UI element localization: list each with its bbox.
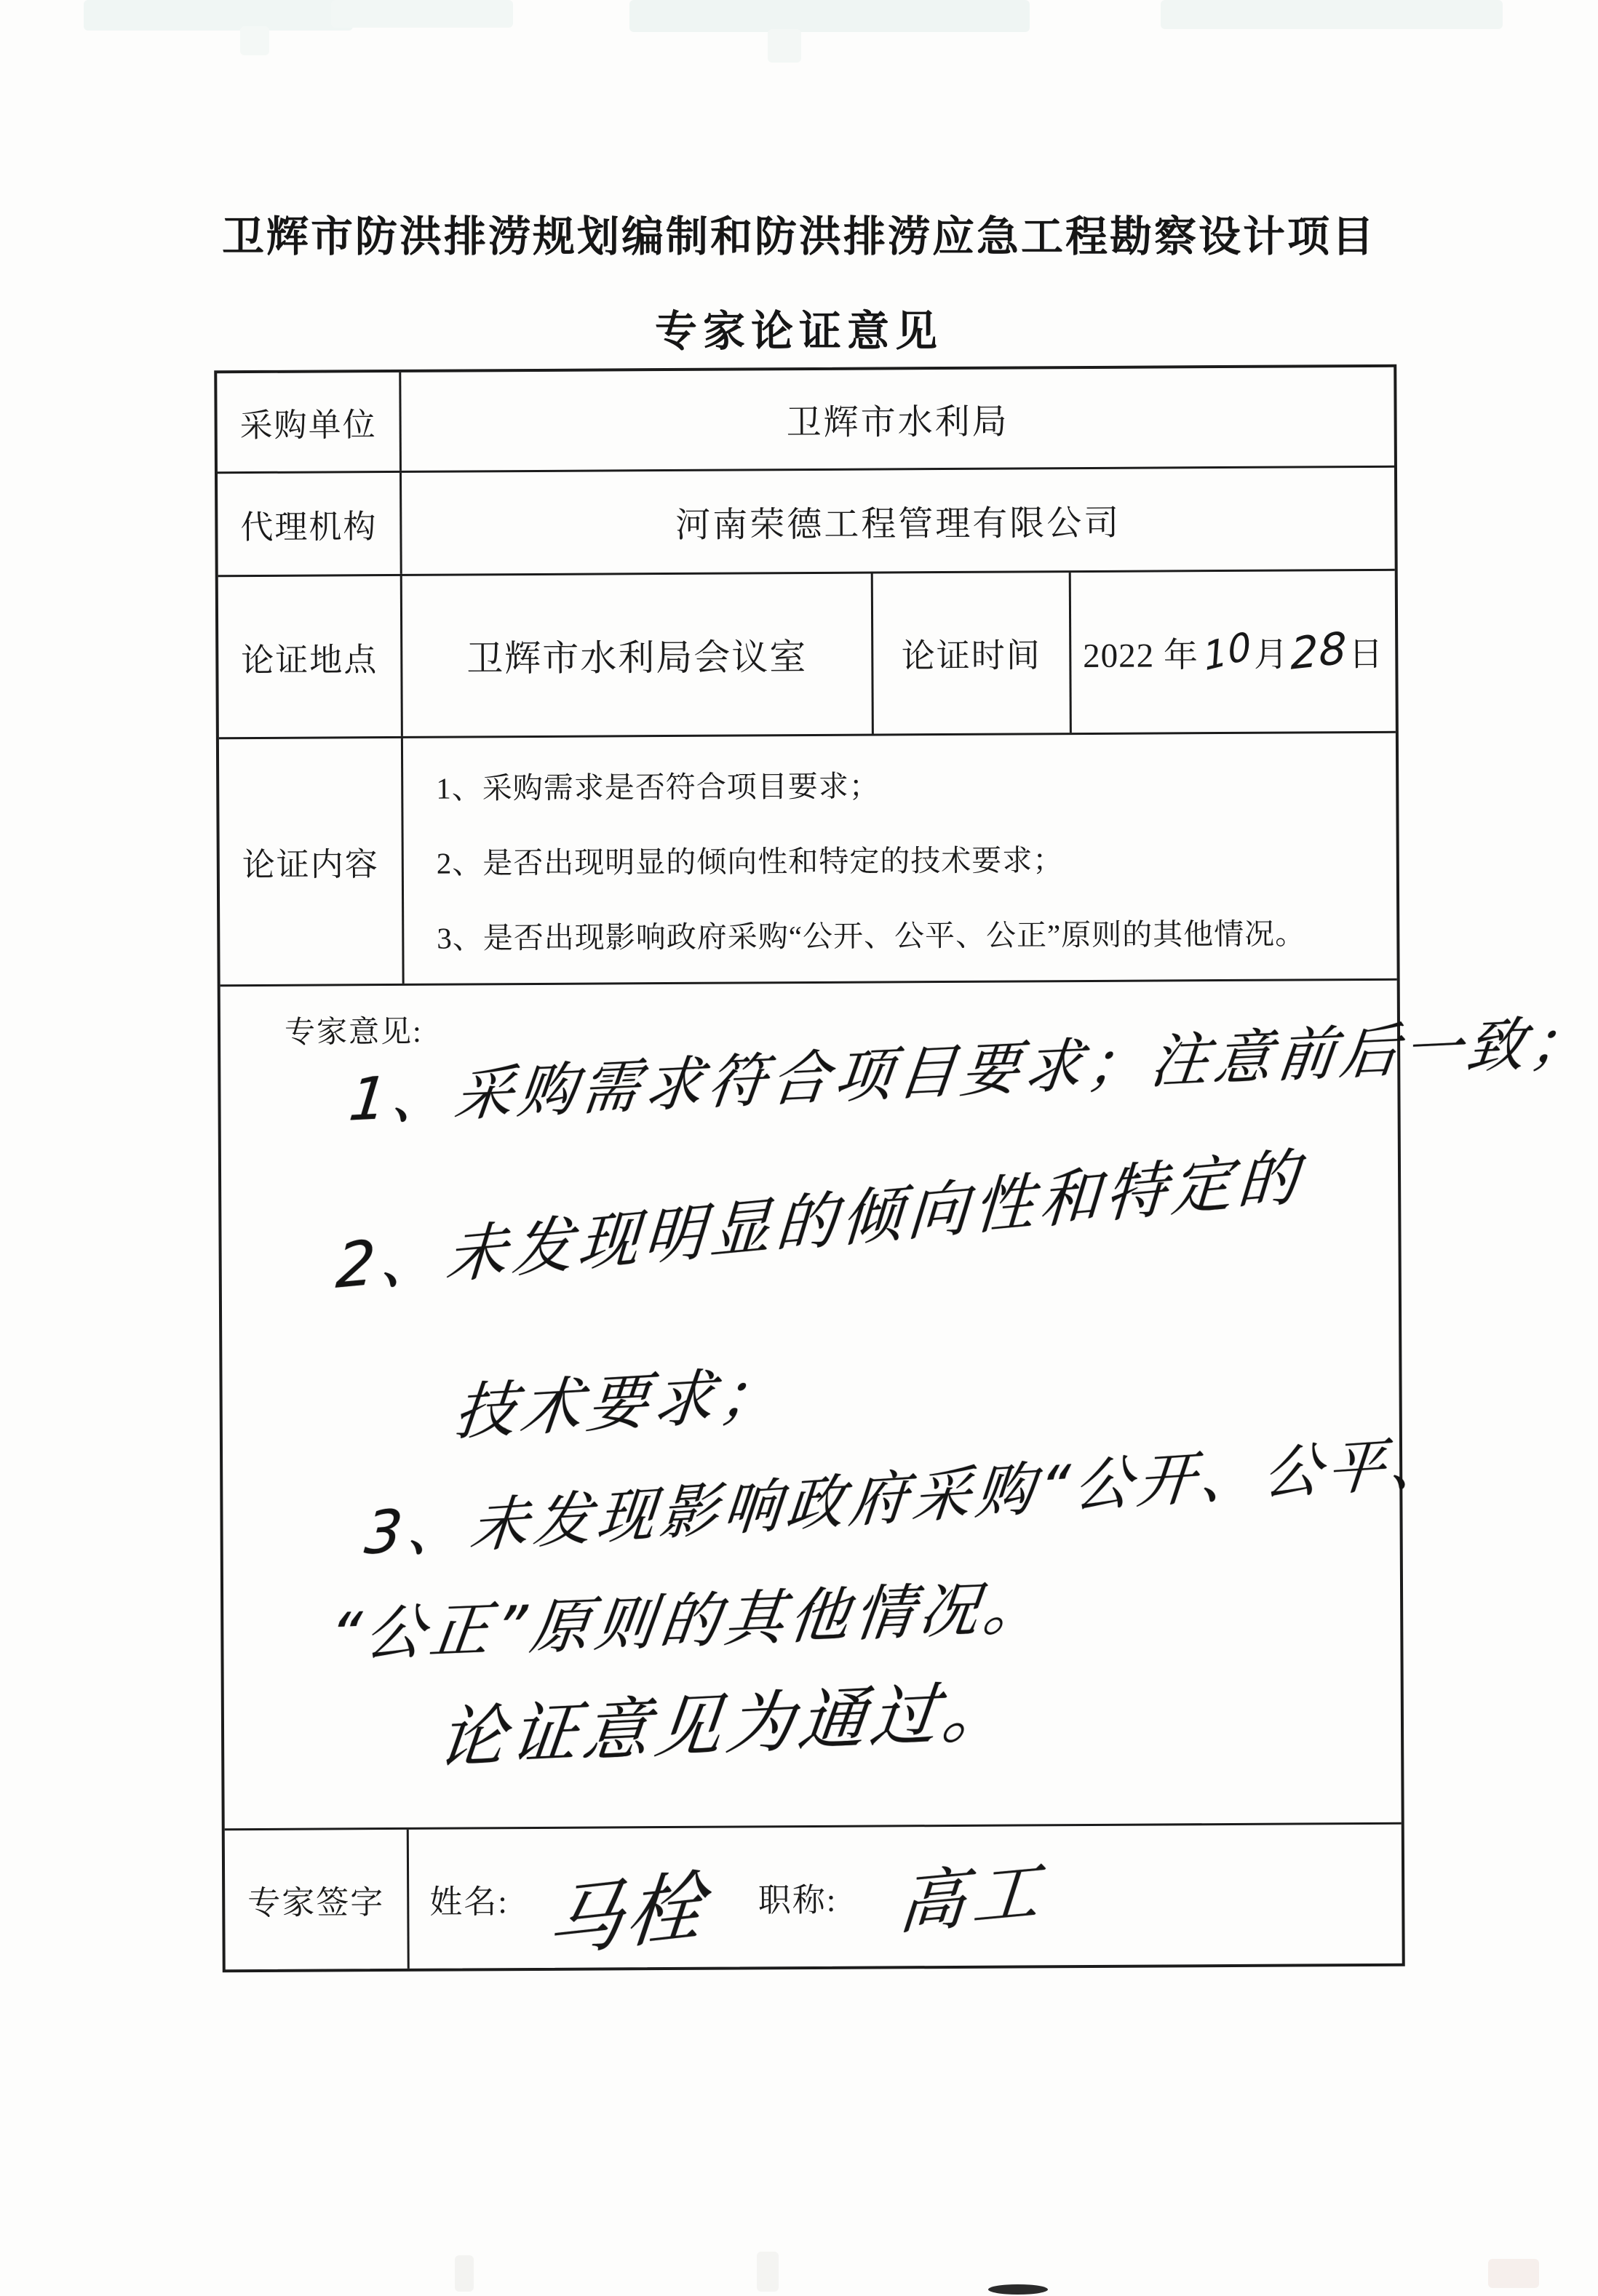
opinion-label: 专家意见: [285,1008,423,1052]
date-day-unit: 日 [1348,626,1383,675]
opinion-handwritten-line-5: “公正”原则的其他情况。 [325,1559,1054,1673]
document-title-line2: 专家论证意见 [0,297,1598,358]
date-month-handwritten: 10 [1201,623,1255,679]
document-title-line1: 卫辉市防洪排涝规划编制和防洪排涝应急工程勘察设计项目 [0,202,1598,263]
scan-smudge [629,0,1030,32]
ink-blot-artifact [988,2284,1048,2295]
content-item-3: 3、是否出现影响政府采购“公开、公平、公正”原则的其他情况。 [437,909,1396,957]
scanned-document-page: 卫辉市防洪排涝规划编制和防洪排涝应急工程勘察设计项目 专家论证意见 采购单位 卫… [0,0,1598,2296]
location-label: 论证地点 [218,576,403,737]
agency-value: 河南荣德工程管理有限公司 [402,468,1395,574]
location-time-row: 论证地点 卫辉市水利局会议室 论证时间 2022 年10月28日 [218,571,1396,739]
location-value: 卫辉市水利局会议室 [402,574,874,736]
date-year-printed: 2022 年 [1083,628,1198,677]
opinion-handwritten-line-3: 技术要求； [451,1344,790,1452]
job-title-handwritten: 高工 [896,1836,1052,1947]
scan-smudge [84,0,353,31]
signature-label: 专家签字 [225,1830,410,1969]
signature-cell: 姓名: 马栓 职称: 高工 [409,1825,1402,1969]
time-label: 论证时间 [873,573,1072,733]
agency-row: 代理机构 河南荣德工程管理有限公司 [218,468,1395,577]
purchaser-row: 采购单位 卫辉市水利局 [217,367,1394,474]
job-title-label: 职称: [758,1873,838,1921]
scan-smudge [455,2255,474,2292]
opinion-handwritten-line-1: 1、采购需求符合项目要求；注意前后一致； [346,994,1598,1136]
content-row: 论证内容 1、采购需求是否符合项目要求； 2、是否出现明显的倾向性和特定的技术要… [219,733,1397,986]
opinion-handwritten-line-6: 论证意见为通过。 [434,1657,1021,1782]
purchaser-label: 采购单位 [217,372,402,471]
content-item-1: 1、采购需求是否符合项目要求； [436,760,1396,808]
date-day-handwritten: 28 [1290,623,1347,680]
content-item-list: 1、采购需求是否符合项目要求； 2、是否出现明显的倾向性和特定的技术要求； 3、… [403,733,1397,984]
scan-smudge [1161,0,1503,29]
name-label: 姓名: [429,1875,509,1923]
scan-smudge [331,0,513,28]
content-label: 论证内容 [219,738,405,984]
scan-smudge [768,29,801,63]
scan-smudge [240,26,269,55]
purchaser-value: 卫辉市水利局 [401,367,1394,471]
content-item-2: 2、是否出现明显的倾向性和特定的技术要求； [437,834,1396,882]
name-signature-handwritten: 马栓 [542,1843,711,1973]
agency-label: 代理机构 [218,473,402,575]
scan-smudge [757,2252,779,2292]
signature-row: 专家签字 姓名: 马栓 职称: 高工 [225,1825,1402,1969]
time-value: 2022 年10月28日 [1071,571,1396,733]
expert-review-form-table: 采购单位 卫辉市水利局 代理机构 河南荣德工程管理有限公司 论证地点 卫辉市水利… [214,364,1405,1972]
scan-smudge [1488,2259,1539,2288]
opinion-handwritten-line-2: 2、未发现明显的倾向性和特定的 [334,1128,1307,1307]
expert-opinion-row: 专家意见: 1、采购需求符合项目要求；注意前后一致； 2、未发现明显的倾向性和特… [220,981,1402,1830]
date-month-unit: 月 [1254,627,1289,676]
